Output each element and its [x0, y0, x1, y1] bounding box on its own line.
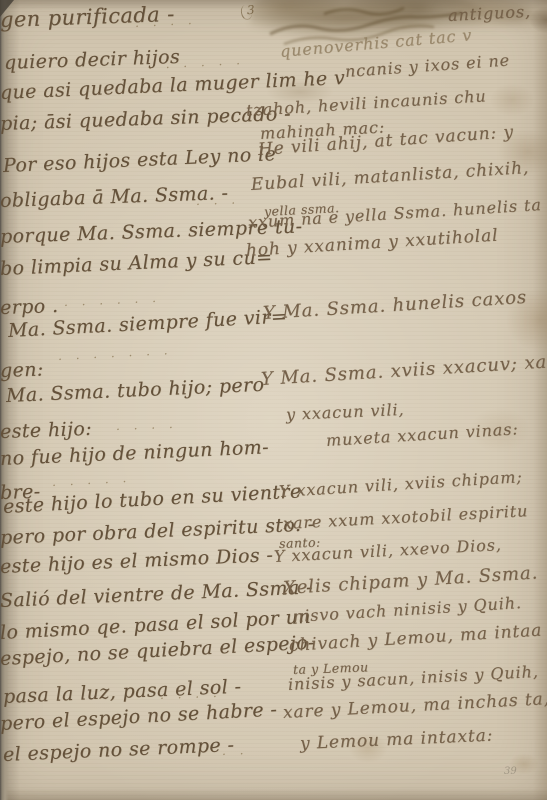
left-column-line: erpo .: [0, 295, 59, 319]
dot-leader: . . .: [196, 192, 241, 208]
dot-leader: . .: [222, 743, 249, 758]
left-column-line: el espejo no se rompe -: [3, 734, 235, 766]
manuscript-page: 3 gen purificada - . . . . antiguos, que…: [0, 0, 547, 800]
folio-number: 3: [247, 3, 256, 17]
dot-leader: . . . . .: [52, 471, 132, 489]
right-column-line: chivach y Lemou, ma intaa: [288, 621, 542, 656]
right-column-line: muxeta xxacun vinas:: [325, 419, 519, 450]
left-column-line: Salió del vientre de Ma. Ssma -: [0, 576, 313, 612]
left-column-line: este hijo lo tubo en su vientre: [2, 480, 302, 518]
right-column-line: Y Ma. Ssma. xviis xxacuv; xar-: [260, 351, 547, 390]
right-column-line: y xxacun vili,: [286, 400, 405, 424]
dot-leader: . . . . . .: [64, 291, 161, 309]
right-column-line: y Lemou ma intaxta:: [300, 726, 494, 754]
right-column-line: nisvo vach ninisis y Quih.: [292, 593, 522, 626]
left-column-line: este hijo es el mismo Dios -: [0, 544, 274, 578]
right-column-line: xare y Lemou, ma inchas ta,: [282, 689, 547, 723]
left-column-line: obligaba ā Ma. Ssma. -: [0, 182, 229, 212]
right-column-line: ncanis y ixos ei ne: [344, 50, 510, 80]
dot-leader: . . . .: [135, 13, 197, 30]
right-column-line: Y xxacun vili, xviis chipam;: [278, 467, 523, 501]
right-column-line: Eubal vili, matanlista, chixih,: [250, 158, 529, 195]
left-column-line: Por eso hijos esta Ley no le: [3, 143, 277, 177]
left-column-line: gen:: [0, 358, 44, 382]
dot-leader: . . . .: [116, 417, 178, 433]
left-column-line: este hijo:: [0, 418, 92, 443]
dot-leader: . . . .: [160, 686, 222, 702]
right-column-line: Y Ma. Ssma. hunelis caxos: [262, 287, 527, 324]
dot-leader: . . . . . . .: [58, 343, 173, 363]
left-column-line: bo limpia su Alma y su cu=: [0, 246, 273, 280]
left-column-line: Ma. Ssma. tubo hijo; pero: [6, 374, 265, 407]
corner-number: 39: [504, 766, 517, 777]
right-column-line: xare xxum xxotobil espiritu: [283, 501, 529, 533]
